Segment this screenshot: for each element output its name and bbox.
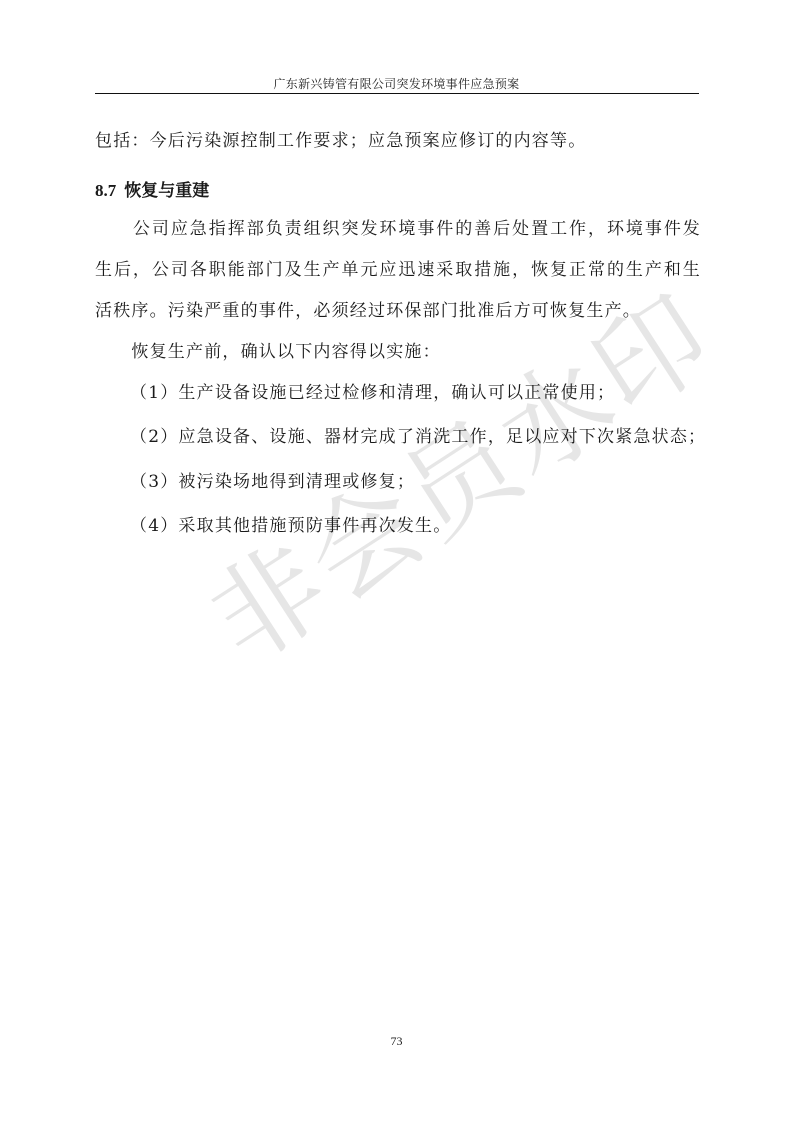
paragraph-line: 公司应急指挥部负责组织突发环境事件的善后处置工作，环境事件发 [95, 218, 701, 240]
intro-line: 包括：今后污染源控制工作要求；应急预案应修订的内容等。 [95, 130, 701, 152]
list-item: （3）被污染场地得到清理或修复； [130, 471, 736, 493]
paragraph-line: 恢复生产前，确认以下内容得以实施： [95, 341, 701, 363]
list-item: （1）生产设备设施已经过检修和清理，确认可以正常使用； [130, 382, 736, 404]
running-header: 广东新兴铸管有限公司突发环境事件应急预案 [0, 75, 793, 92]
paragraph-line: 生后，公司各职能部门及生产单元应迅速采取措施，恢复正常的生产和生 [95, 259, 701, 281]
paragraph-line: 活秩序。污染严重的事件，必须经过环保部门批准后方可恢复生产。 [95, 300, 701, 322]
list-item: （2）应急设备、设施、器材完成了消洗工作，足以应对下次紧急状态； [130, 426, 736, 448]
section-heading: 8.7恢复与重建 [95, 176, 209, 201]
section-number: 8.7 [95, 181, 116, 200]
page-number: 73 [0, 1034, 793, 1049]
list-item: （4）采取其他措施预防事件再次发生。 [130, 515, 736, 537]
header-divider [95, 93, 699, 94]
section-title: 恢复与重建 [124, 181, 209, 201]
